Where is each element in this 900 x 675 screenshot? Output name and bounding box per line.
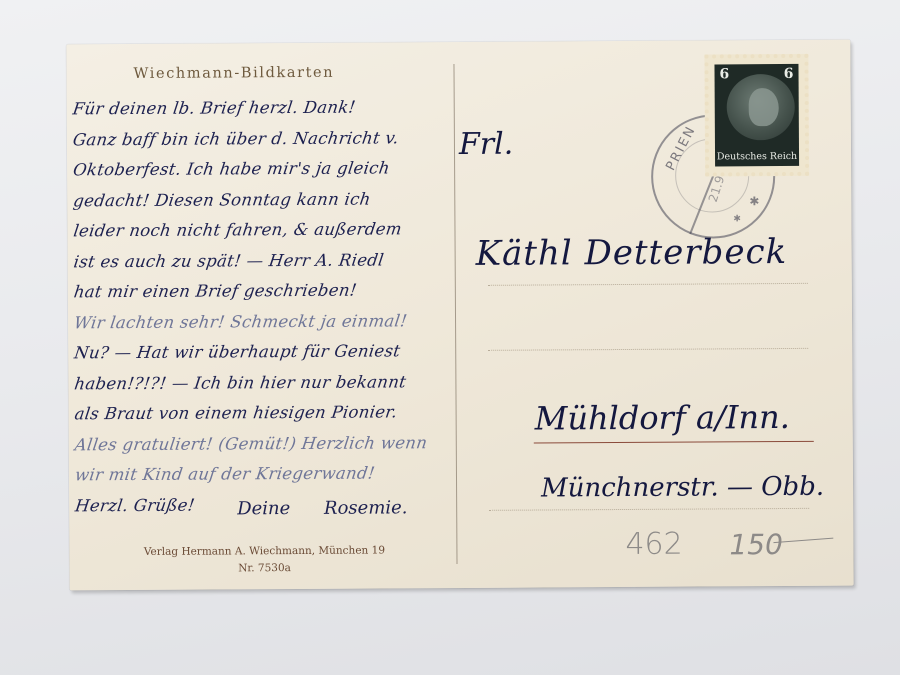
pencil-price: 150: [729, 528, 783, 561]
pencil-inventory-number: 462: [625, 527, 682, 562]
catalog-number: Nr. 7530a: [99, 559, 429, 578]
signature-closing: Deine: [237, 498, 290, 519]
message-line: wir mit Kind auf der Kriegerwand!: [73, 458, 457, 491]
message-line: gedacht! Diesen Sonntag kann ich: [71, 184, 455, 217]
publisher-imprint: Verlag Hermann A. Wiechmann, München 19 …: [99, 542, 429, 578]
address-region: Münchnerstr. — Obb.: [541, 472, 824, 504]
message-line: leider noch nicht fahren, & außerdem: [71, 214, 455, 247]
handwritten-message: Für deinen lb. Brief herzl. Dank!Ganz ba…: [73, 92, 456, 521]
star-icon: ✱: [749, 194, 759, 208]
star-icon: ✱: [733, 214, 741, 224]
message-line: Nu? — Hat wir überhaupt für Geniest: [72, 336, 456, 369]
message-line: Alles gratuliert! (Gemüt!) Herzlich wenn: [73, 428, 457, 461]
stamp-country: Deutsches Reich: [715, 151, 799, 163]
city-underline: [534, 441, 814, 444]
signature: Deine Rosemie.: [237, 497, 457, 519]
stamp-value-left: 6: [719, 66, 729, 82]
message-line: Ganz baff bin ich über d. Nachricht v.: [71, 123, 455, 156]
stamp-face: 6 6 Deutsches Reich: [714, 64, 799, 167]
portrait-medallion-icon: [727, 74, 795, 140]
address-salutation: Frl.: [459, 127, 514, 162]
address-rule: [488, 283, 808, 286]
message-line: hat mir einen Brief geschrieben!: [72, 275, 456, 308]
address-name: Käthl Detterbeck: [476, 232, 788, 274]
message-line: Für deinen lb. Brief herzl. Dank!: [71, 92, 455, 125]
address-rule: [488, 348, 808, 351]
postcard: Wiechmann-Bildkarten Für deinen lb. Brie…: [66, 40, 853, 591]
message-line: Oktoberfest. Ich habe mir's ja gleich: [71, 153, 455, 186]
postage-stamp: 6 6 Deutsches Reich: [704, 54, 809, 177]
message-line: als Braut von einem hiesigen Pionier.: [73, 397, 457, 430]
signature-name: Rosemie.: [324, 497, 408, 519]
message-line: Wir lachten sehr! Schmeckt ja einmal!: [72, 306, 456, 339]
address-city: Mühldorf a/Inn.: [535, 398, 790, 438]
stamp-value-right: 6: [784, 66, 794, 82]
brand-header: Wiechmann-Bildkarten: [133, 65, 334, 82]
address-rule: [489, 508, 809, 511]
message-line: haben!?!?! — Ich bin hier nur bekannt: [72, 367, 456, 400]
message-line: ist es auch zu spät! — Herr A. Riedl: [72, 245, 456, 278]
publisher-line: Verlag Hermann A. Wiechmann, München 19: [99, 542, 429, 561]
portrait-head-icon: [749, 88, 779, 126]
